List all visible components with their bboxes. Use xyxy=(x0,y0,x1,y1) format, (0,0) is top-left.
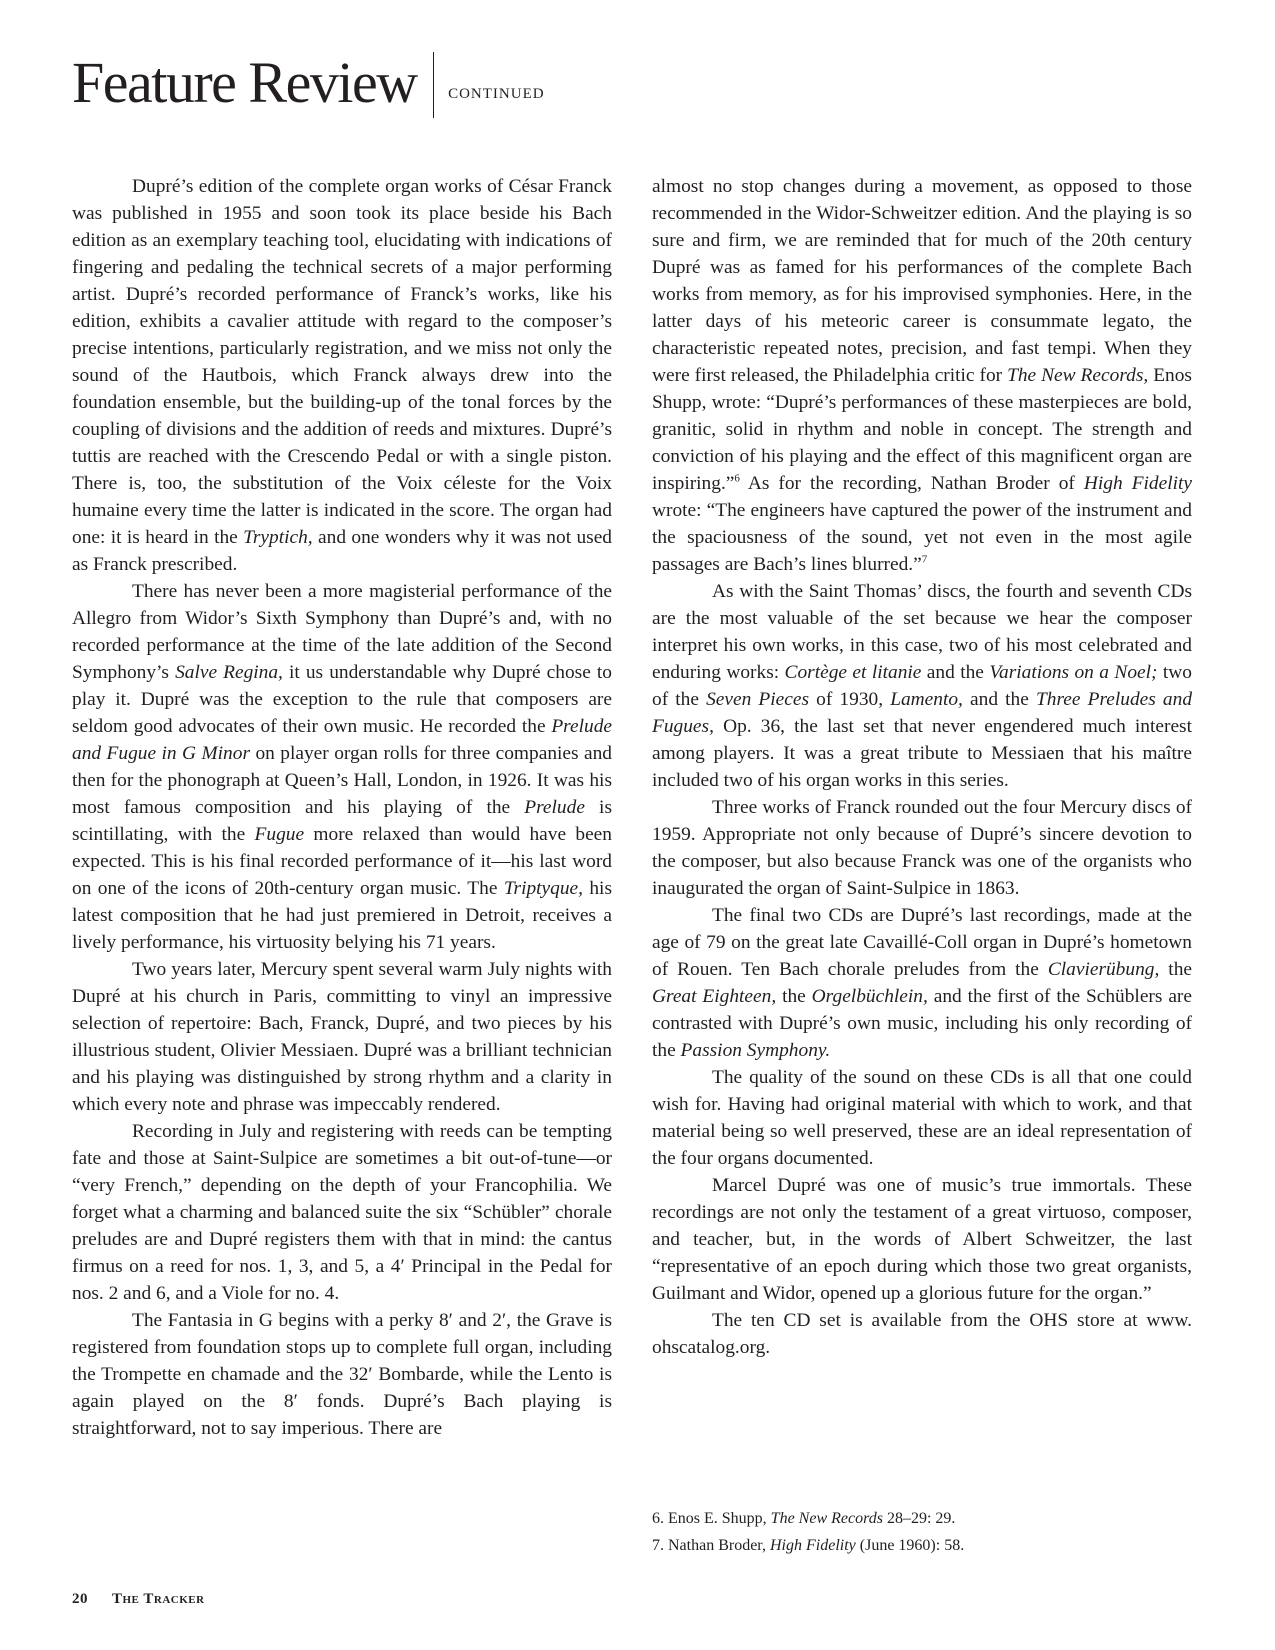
italic-title: Fugue xyxy=(255,824,305,845)
italic-title: Salve Regina, xyxy=(175,662,283,683)
paragraph: Recording in July and registering with r… xyxy=(72,1118,612,1307)
italic-title: The New Records, xyxy=(1007,365,1148,386)
publication-name: The Tracker xyxy=(112,1591,205,1608)
text-run: the xyxy=(776,986,811,1007)
text-run: Three works of Franck rounded out the fo… xyxy=(652,797,1192,899)
page-footer: 20 The Tracker xyxy=(72,1591,205,1608)
text-run: Recording in July and registering with r… xyxy=(72,1121,612,1304)
italic-title: High Fidelity xyxy=(1084,473,1192,494)
paragraph: Two years later, Mercury spent several w… xyxy=(72,956,612,1118)
italic-title: Triptyque, xyxy=(504,878,583,899)
text-run: 28–29: 29. xyxy=(883,1510,955,1527)
left-column: Dupré’s edition of the complete organ wo… xyxy=(72,173,612,1442)
text-run: Dupré’s edition of the complete organ wo… xyxy=(72,176,612,548)
section-subtitle: CONTINUED xyxy=(448,79,545,124)
paragraph: almost no stop changes during a movement… xyxy=(652,173,1192,578)
paragraph: The Fantasia in G begins with a perky 8′… xyxy=(72,1307,612,1442)
italic-title: Cortège et litanie xyxy=(785,662,922,683)
paragraph: The ten CD set is available from the OHS… xyxy=(652,1307,1192,1361)
page-header: Feature Review CONTINUED xyxy=(72,44,545,124)
paragraph: The quality of the sound on these CDs is… xyxy=(652,1064,1192,1172)
paragraph: The final two CDs are Dupré’s last recor… xyxy=(652,902,1192,1064)
paragraph: Marcel Dupré was one of music’s true imm… xyxy=(652,1172,1192,1307)
italic-title: Prelude xyxy=(524,797,585,818)
italic-title: Clavierübung, xyxy=(1048,959,1160,980)
italic-title: High Fidelity xyxy=(770,1537,856,1554)
text-run: The quality of the sound on these CDs is… xyxy=(652,1067,1192,1169)
text-run: The Fantasia in G begins with a perky 8′… xyxy=(72,1310,612,1439)
text-run: Marcel Dupré was one of music’s true imm… xyxy=(652,1175,1192,1304)
text-run: and the xyxy=(963,689,1036,710)
italic-title: Seven Pieces xyxy=(706,689,809,710)
italic-title: Orgelbüchlein, xyxy=(812,986,928,1007)
header-divider xyxy=(433,52,435,118)
text-run: As for the recording, Nathan Broder of xyxy=(740,473,1084,494)
text-run: , Op. 36, the last set that never engend… xyxy=(652,716,1192,791)
paragraph: There has never been a more magisterial … xyxy=(72,578,612,956)
footnotes: 6. Enos E. Shupp, The New Records 28–29:… xyxy=(652,1505,1192,1559)
paragraph: Three works of Franck rounded out the fo… xyxy=(652,794,1192,902)
text-run: almost no stop changes during a movement… xyxy=(652,176,1192,386)
text-run: 7. Nathan Broder, xyxy=(652,1537,770,1554)
right-column: almost no stop changes during a movement… xyxy=(652,173,1192,1361)
text-run: of 1930, xyxy=(809,689,890,710)
text-run: (June 1960): 58. xyxy=(856,1537,964,1554)
page-number: 20 xyxy=(72,1591,88,1608)
italic-title: Tryptich, xyxy=(243,527,313,548)
italic-title: The New Records xyxy=(771,1510,883,1527)
text-run: and the xyxy=(921,662,989,683)
italic-title: Passion Symphony. xyxy=(681,1040,831,1061)
italic-title: Varia­tions on a Noel; xyxy=(989,662,1157,683)
text-run: The ten CD set is available from the OHS… xyxy=(652,1310,1192,1358)
italic-title: Great Eighteen, xyxy=(652,986,776,1007)
italic-title: Lamento, xyxy=(890,689,963,710)
paragraph: Dupré’s edition of the complete organ wo… xyxy=(72,173,612,578)
text-run: the xyxy=(1159,959,1192,980)
paragraph: As with the Saint Thomas’ discs, the fou… xyxy=(652,578,1192,794)
section-title: Feature Review xyxy=(72,54,417,124)
footnote: 6. Enos E. Shupp, The New Records 28–29:… xyxy=(652,1505,1192,1532)
text-run: Two years later, Mercury spent several w… xyxy=(72,959,612,1115)
footnote-ref: 7 xyxy=(922,554,928,566)
text-run: 6. Enos E. Shupp, xyxy=(652,1510,771,1527)
footnote: 7. Nathan Broder, High Fidelity (June 19… xyxy=(652,1532,1192,1559)
